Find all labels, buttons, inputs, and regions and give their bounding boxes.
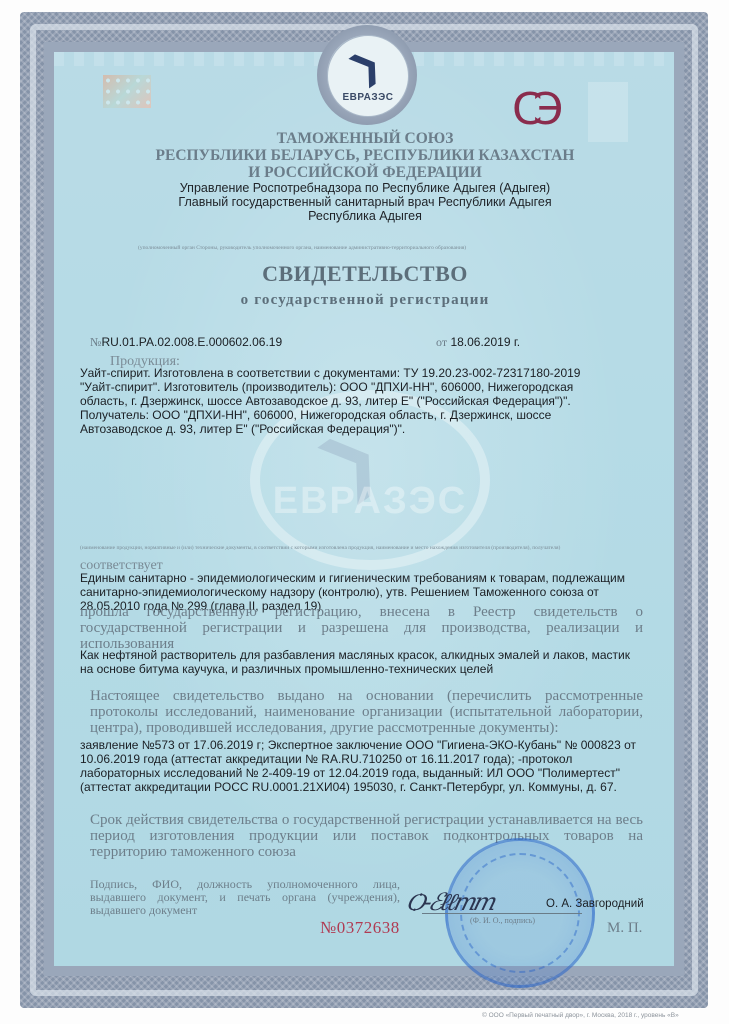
basis-text: заявление №573 от 17.06.2019 г; Экспертн…	[80, 738, 640, 794]
evrazes-logo: ❯ ЕВРАЗЭС	[317, 25, 417, 125]
authority-line: Главный государственный санитарный врач …	[110, 195, 620, 209]
certificate-number: №RU.01.РА.02.008.Е.000602.06.19	[90, 335, 282, 349]
signer-caption: (Ф. И. О., подпись)	[470, 916, 535, 925]
signature-line	[422, 913, 582, 914]
product-text: Уайт-спирит. Изготовлена в соответствии …	[80, 366, 615, 436]
registration-statement: прошла государственную регистрацию, внес…	[80, 604, 643, 652]
union-title: ТАМОЖЕННЫЙ СОЮЗ РЕСПУБЛИКИ БЕЛАРУСЬ, РЕС…	[110, 130, 620, 181]
union-title-line: ТАМОЖЕННЫЙ СОЮЗ	[110, 130, 620, 147]
printer-imprint: © ООО «Первый печатный двор», г. Москва,…	[482, 1012, 679, 1019]
number-value: RU.01.РА.02.008.Е.000602.06.19	[101, 335, 282, 349]
watermark-text: ЕВРАЗЭС	[270, 480, 470, 523]
conformity-mark-icon: СЭ	[512, 86, 574, 134]
basis-statement: Настоящее свидетельство выдано на основа…	[90, 688, 643, 736]
document-subtitle: о государственной регистрации	[110, 292, 620, 309]
date-prefix: от	[436, 335, 447, 349]
document-title: СВИДЕТЕЛЬСТВО	[110, 261, 620, 287]
usage-text: Как нефтяной растворитель для разбавлени…	[80, 648, 640, 676]
authority-line: Республика Адыгея	[110, 209, 620, 223]
union-title-line: РЕСПУБЛИКИ БЕЛАРУСЬ, РЕСПУБЛИКИ КАЗАХСТА…	[110, 147, 620, 164]
certificate-date: от 18.06.2019 г.	[436, 335, 520, 349]
number-prefix: №	[90, 335, 101, 349]
date-value: 18.06.2019 г.	[450, 335, 520, 349]
signer-name: О. А. Завгородний	[546, 898, 644, 910]
authority-caption: (уполномоченный орган Стороны, руководит…	[138, 245, 466, 251]
product-caption: (наименование продукции, нормативные и (…	[80, 545, 560, 551]
form-serial-number: №0372638	[320, 918, 400, 938]
authority-line: Управление Роспотребнадзора по Республик…	[110, 181, 620, 195]
evrazes-swoosh-icon: ❯	[342, 43, 387, 90]
union-title-line: И РОССИЙСКОЙ ФЕДЕРАЦИИ	[110, 164, 620, 181]
signature-label: Подпись, ФИО, должность уполномоченного …	[90, 878, 400, 917]
issuing-authority: Управление Роспотребнадзора по Республик…	[110, 181, 620, 223]
hologram-sticker	[103, 75, 151, 108]
logo-text: ЕВРАЗЭС	[328, 92, 408, 103]
seal-label: М. П.	[607, 920, 642, 937]
